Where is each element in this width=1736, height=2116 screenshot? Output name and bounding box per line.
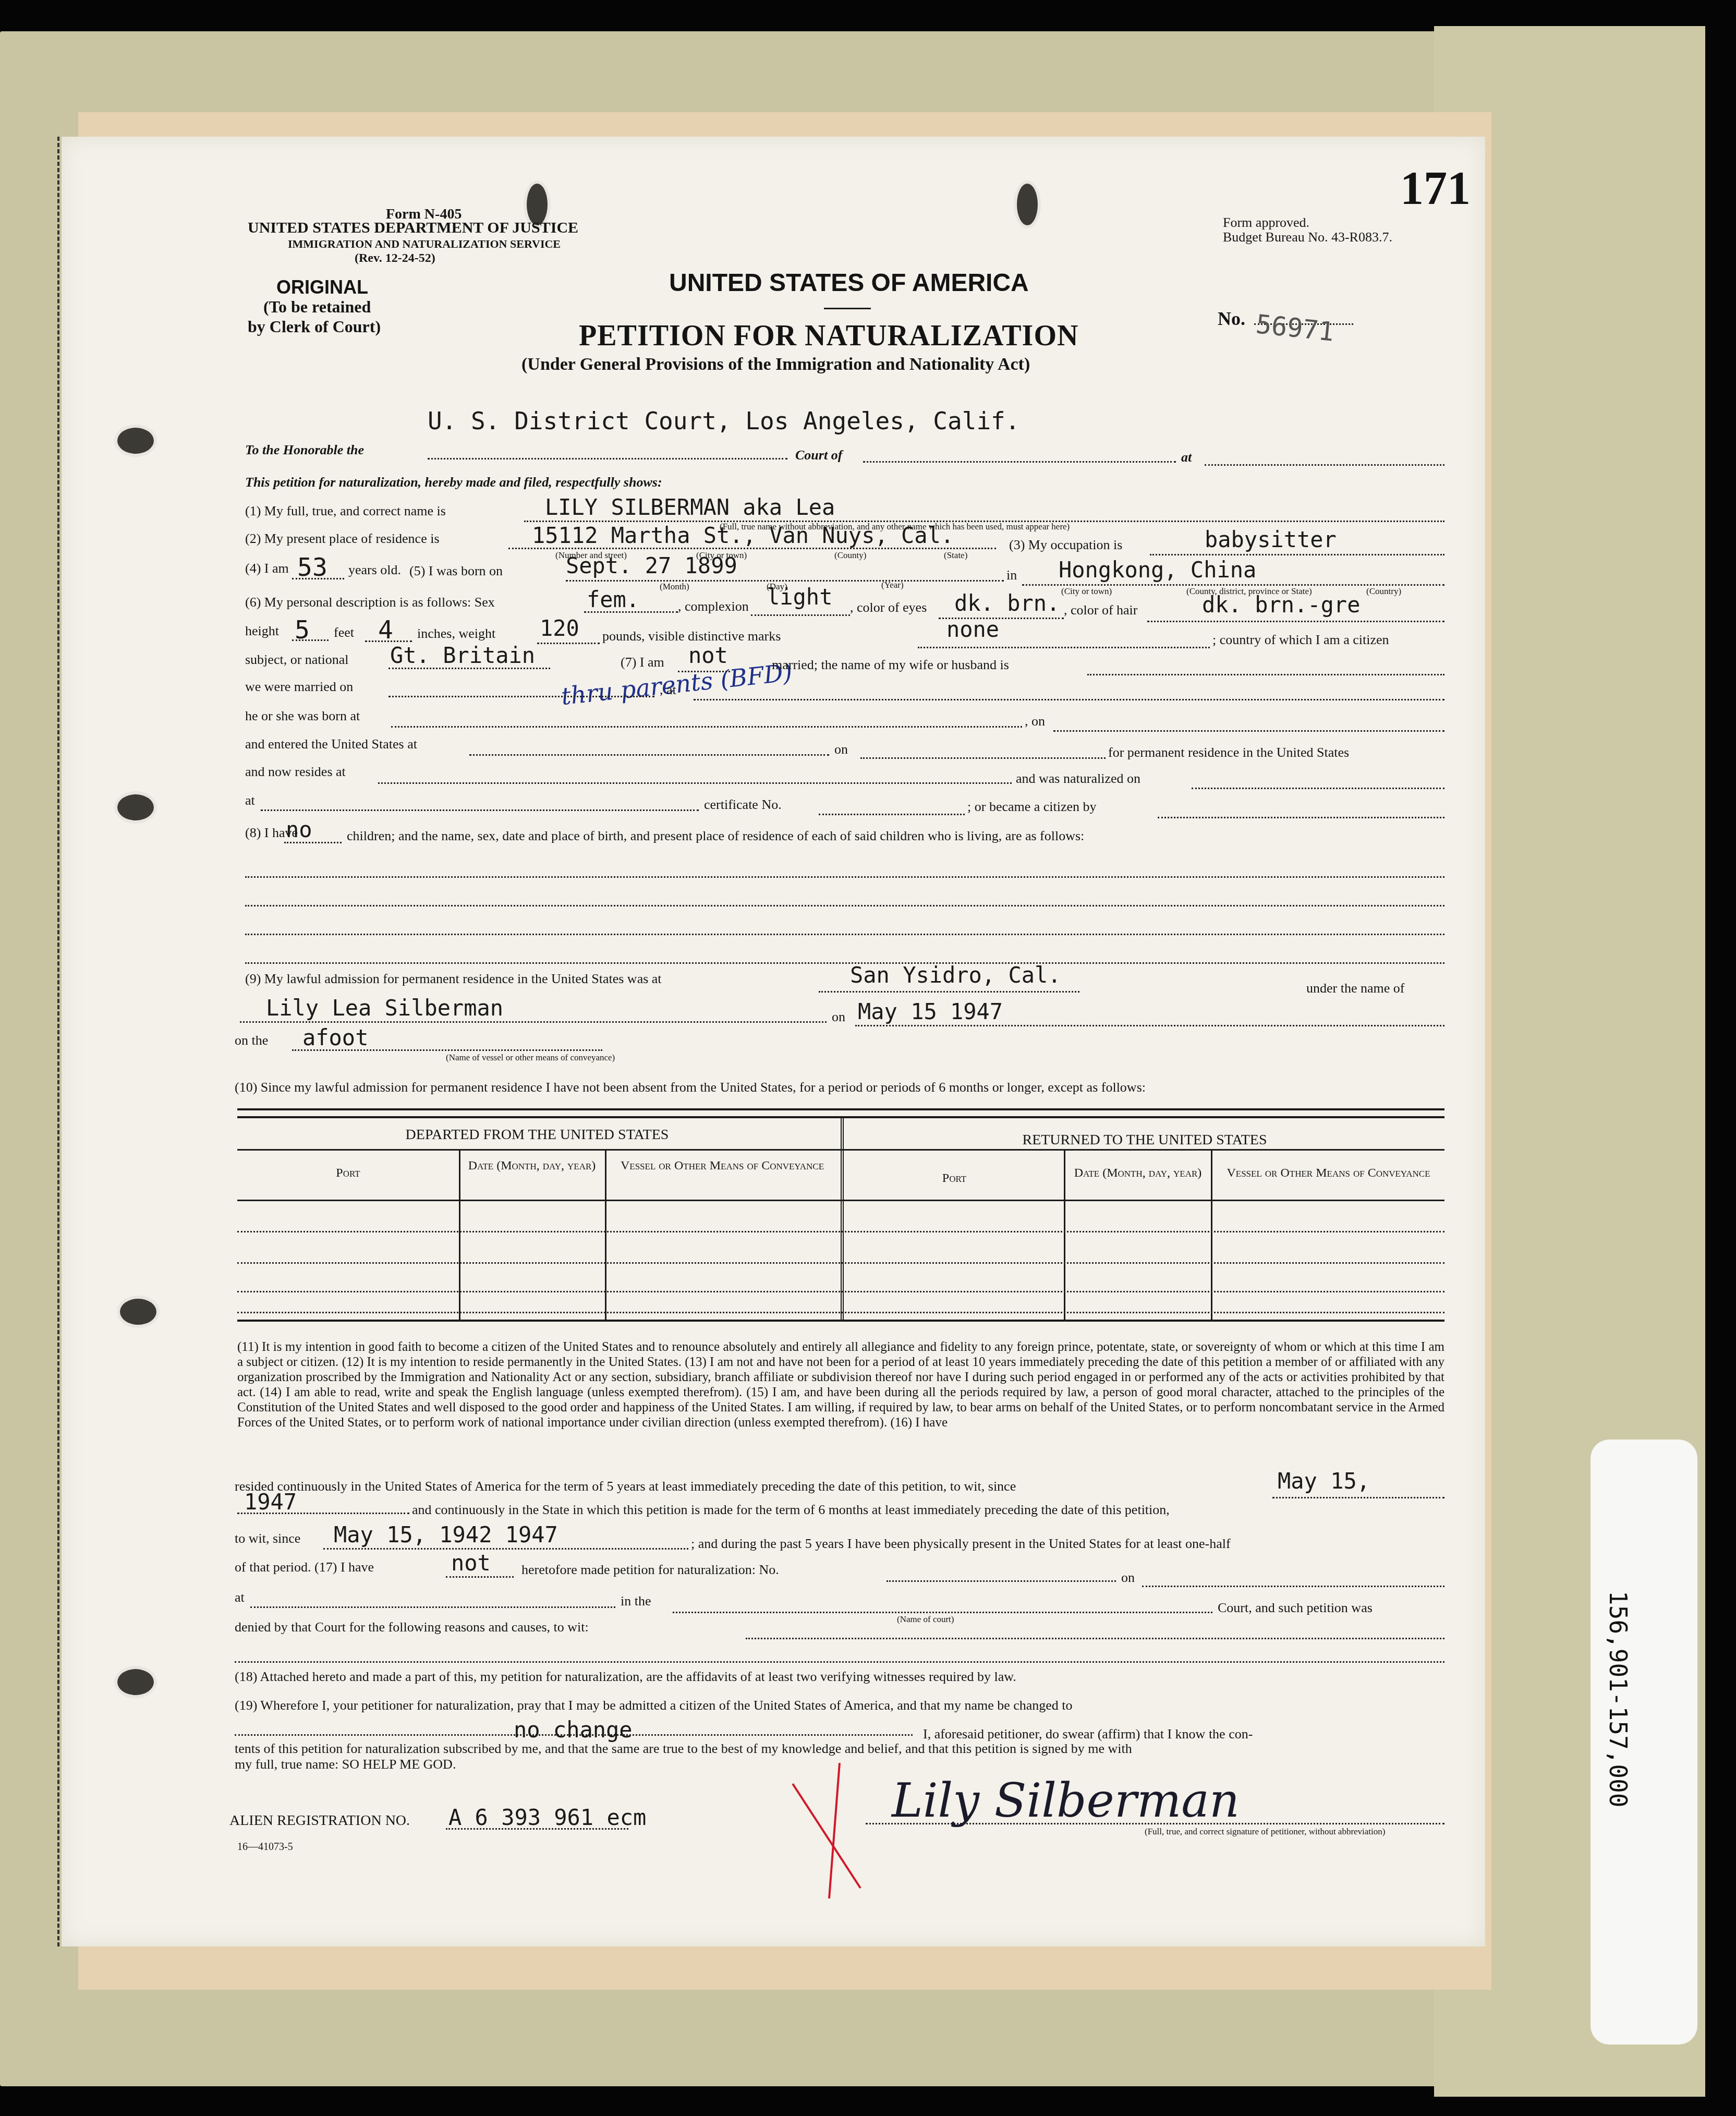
department-name: UNITED STATES DEPARTMENT OF JUSTICE [248,219,578,237]
admission-place-line [819,991,1079,993]
prior-at-label: at [235,1590,245,1605]
table-divider [841,1116,844,1320]
age-suffix: years old. [348,562,401,578]
to-wit-label: to wit, since [235,1531,300,1546]
certificate-line [819,814,965,815]
hair-value: dk. brn.-gre [1202,592,1360,618]
col-vessel: Vessel or Other Means of Conveyance [1212,1166,1444,1180]
birth-place-line [1022,584,1444,586]
in-the-label: in the [621,1593,651,1609]
table-col-divider [459,1150,460,1320]
certificate-label: certificate No. [704,797,782,813]
court-denied-label: Court, and such petition was [1218,1600,1373,1616]
honorable-line [428,458,787,460]
oath-text: I, aforesaid petitioner, do swear (affir… [923,1726,1253,1742]
entered-on-label: on [834,742,848,757]
marital-line [678,671,730,672]
complexion-value: light [767,584,832,610]
prior-court-line [673,1612,1212,1613]
admission-place: San Ysidro, Cal. [850,962,1061,988]
copy-label: ORIGINAL [276,276,368,298]
hint-country: (Country) [1366,586,1401,597]
country-heading: UNITED STATES OF AMERICA [669,269,1029,297]
petition-no-label: No. [1218,308,1245,330]
prior-petition-suffix: heretofore made petition for naturalizat… [521,1562,779,1578]
description-label: (6) My personal description is as follow… [245,595,495,610]
hair-line [1147,621,1444,622]
birth-place-value: Hongkong, China [1059,557,1256,583]
prior-on-line [1142,1586,1444,1587]
marital-label: (7) I am [621,655,664,670]
resides-label: and now resides at [245,764,346,780]
became-citizen-line [1158,817,1444,818]
state-since-value: May 15, 1942 1947 [334,1522,558,1547]
hint-county: (County) [834,550,866,561]
nationality-label: subject, or national [245,652,349,668]
residence-value: 15112 Martha St., Van Nuys, Cal. [532,523,954,548]
birth-date-value: Sept. 27 1899 [566,553,737,578]
table-row [237,1231,1444,1232]
hint-year: (Year) [881,580,904,590]
occupation-label: (3) My occupation is [1009,537,1122,553]
table-header-rule [237,1200,1444,1201]
oath-text: my full, true name: SO HELP ME GOD. [235,1757,456,1772]
col-port: Port [237,1166,459,1180]
admission-name: Lily Lea Silberman [266,995,503,1021]
prior-no-line [887,1580,1116,1582]
divider [824,308,871,309]
table-row [237,1262,1444,1264]
copy-note: (To be retained [263,297,371,317]
table-row [237,1312,1444,1313]
residence-period-label: resided continuously in the United State… [235,1479,1016,1494]
conveyance-hint: (Name of vessel or other means of convey… [446,1053,615,1063]
under-name-label: under the name of [1306,981,1404,996]
spouse-born-label: he or she was born at [245,708,360,724]
height-label: height [245,623,279,639]
spouse-born-on-line [1053,730,1444,732]
name-label: (1) My full, true, and correct name is [245,503,446,519]
since-month-day: May 15, [1278,1468,1370,1494]
col-date: Date (Month, day, year) [459,1159,605,1173]
admission-date: May 15 1947 [858,999,1003,1024]
admission-name-line [240,1021,827,1023]
became-citizen-label: ; or became a citizen by [967,799,1097,815]
alien-registration-label: ALIEN REGISTRATION NO. [229,1812,410,1829]
punch-hole [120,1299,156,1325]
court-at-label: at [1181,450,1192,465]
age-label: (4) I am [245,561,289,576]
denied-reasons-line [746,1638,1444,1639]
resides-line [378,782,1012,784]
file-range-label: 156,901-157,000 [1604,1591,1632,1807]
spouse-line [1087,674,1444,675]
name-change-value: no change [514,1717,633,1743]
signature-hint: (Full, true, and correct signature of pe… [1145,1827,1385,1837]
occupation-line [1150,554,1444,555]
punch-hole [1017,184,1038,225]
height-feet: 5 [295,615,310,645]
oath-text: tents of this petition for naturalizatio… [235,1741,1132,1757]
state-since-line [323,1548,688,1550]
admission-date-line [855,1025,1444,1026]
married-at-line [694,699,1444,700]
denied-reasons-line [235,1661,1444,1663]
permanent-residence-label: for permanent residence in the United St… [1108,745,1349,760]
name-change-request: (19) Wherefore I, your petitioner for na… [235,1698,1073,1713]
naturalized-at-label: at [245,793,255,808]
children-line-4 [245,934,1444,935]
since-year: 1947 [244,1489,297,1515]
eyes-value: dk. brn. [954,590,1060,616]
page-stack-edge [57,137,65,1946]
occupation-value: babysitter [1205,527,1337,552]
inches-label: inches, weight [417,626,495,642]
married-at-label: , at [660,682,676,698]
entered-label: and entered the United States at [245,736,417,752]
complexion-line [751,614,850,616]
table-col-divider [605,1150,606,1320]
alien-registration-no: A 6 393 961 ecm [448,1805,646,1830]
form-approval: Form approved. [1223,215,1309,231]
court-of-line [863,461,1176,463]
petitioner-name: LILY SILBERMAN aka Lea [545,494,835,520]
col-vessel: Vessel or Other Means of Conveyance [608,1159,837,1173]
hint-city: (City or town) [1061,586,1112,597]
punch-hole [117,428,154,454]
entered-line [469,754,829,756]
form-code: 16—41073-5 [237,1841,293,1853]
naturalized-line [1192,788,1444,789]
petitioner-signature: Lily Silberman [892,1773,1240,1828]
declarations-text: (11) It is my intention in good faith to… [237,1339,1444,1430]
weight-value: 120 [540,615,579,641]
marital-value: not [688,643,728,668]
red-x-mark [782,1763,897,1899]
page-title: PETITION FOR NATURALIZATION [579,319,1078,353]
admission-label: (9) My lawful admission for permanent re… [245,971,662,987]
citizen-label: ; country of which I am a citizen [1212,632,1389,648]
departed-header: DEPARTED FROM THE UNITED STATES [237,1127,837,1143]
spouse-label: married; the name of my wife or husband … [772,657,1009,673]
admission-on-label: on [832,1009,845,1025]
weight-line [537,643,600,644]
petition-intro: This petition for naturalization, hereby… [245,475,662,490]
height-inches: 4 [378,615,393,645]
married-on-line [389,696,654,697]
court-name: U. S. District Court, Los Angeles, Calif… [428,407,1019,435]
revision-date: (Rev. 12-24-52) [355,251,435,265]
residence-label: (2) My present place of residence is [245,531,440,547]
since-line [1272,1497,1444,1498]
hint-month: (Month) [660,582,689,592]
prior-petition-line [446,1576,514,1578]
children-suffix: children; and the name, sex, date and pl… [347,828,1084,844]
physical-presence-label: ; and during the past 5 years I have bee… [691,1536,1231,1552]
copy-note: by Clerk of Court) [248,317,381,336]
eyes-label: , color of eyes [850,600,927,615]
marks-value: none [946,616,999,642]
birth-place-in: in [1006,567,1017,583]
prior-on-label: on [1121,1570,1135,1586]
absence-label: (10) Since my lawful admission for perma… [235,1080,1146,1095]
punch-hole [117,794,154,820]
children-count: no [286,817,312,842]
service-name: IMMIGRATION AND NATURALIZATION SERVICE [288,237,561,251]
sex-value: fem. [587,587,639,612]
returned-header: RETURNED TO THE UNITED STATES [845,1132,1444,1148]
budget-bureau-no: Budget Bureau No. 43-R083.7. [1223,229,1392,245]
naturalized-at-line [261,809,699,811]
hint-state: (State) [944,550,967,561]
conveyance-value: afoot [302,1025,368,1050]
entered-on-line [860,757,1106,759]
table-row [237,1291,1444,1292]
col-date: Date (Month, day, year) [1065,1166,1211,1180]
married-on-label: we were married on [245,679,353,695]
age-value: 53 [297,553,327,582]
naturalized-label: and was naturalized on [1016,771,1140,787]
state-residence-label: and continuously in the State in which t… [412,1502,1170,1518]
witness-affidavits: (18) Attached hereto and made a part of … [235,1669,1016,1685]
honorable-label: To the Honorable the [245,442,364,458]
spouse-born-line [391,726,1022,728]
complexion-label: , complexion [678,599,749,614]
pounds-label: pounds, visible distinctive marks [602,628,781,644]
table-rule [237,1108,1444,1110]
prior-petition-label: of that period. (17) I have [235,1559,374,1575]
marks-line [918,647,1210,648]
children-line-2 [245,876,1444,878]
denied-reasons-label: denied by that Court for the following r… [235,1619,589,1635]
page-stamp-number: 171 [1400,162,1471,215]
court-at-line [1205,464,1444,466]
birth-date-label: (5) I was born on [409,563,503,579]
on-the-label: on the [235,1033,268,1048]
children-line-5 [245,962,1444,964]
children-line-3 [245,905,1444,906]
spouse-born-on-label: , on [1025,714,1045,729]
page-subtitle: (Under General Provisions of the Immigra… [521,355,1030,374]
court-of-label: Court of [795,448,842,463]
hair-label: , color of hair [1064,602,1138,618]
punch-hole [117,1669,154,1695]
feet-label: feet [334,625,354,640]
nationality-value: Gt. Britain [390,643,535,668]
prior-petition-value: not [451,1550,491,1576]
court-name-hint: (Name of court) [897,1614,954,1625]
prior-at-line [250,1606,615,1608]
table-rule [237,1320,1444,1322]
col-port: Port [845,1171,1064,1186]
